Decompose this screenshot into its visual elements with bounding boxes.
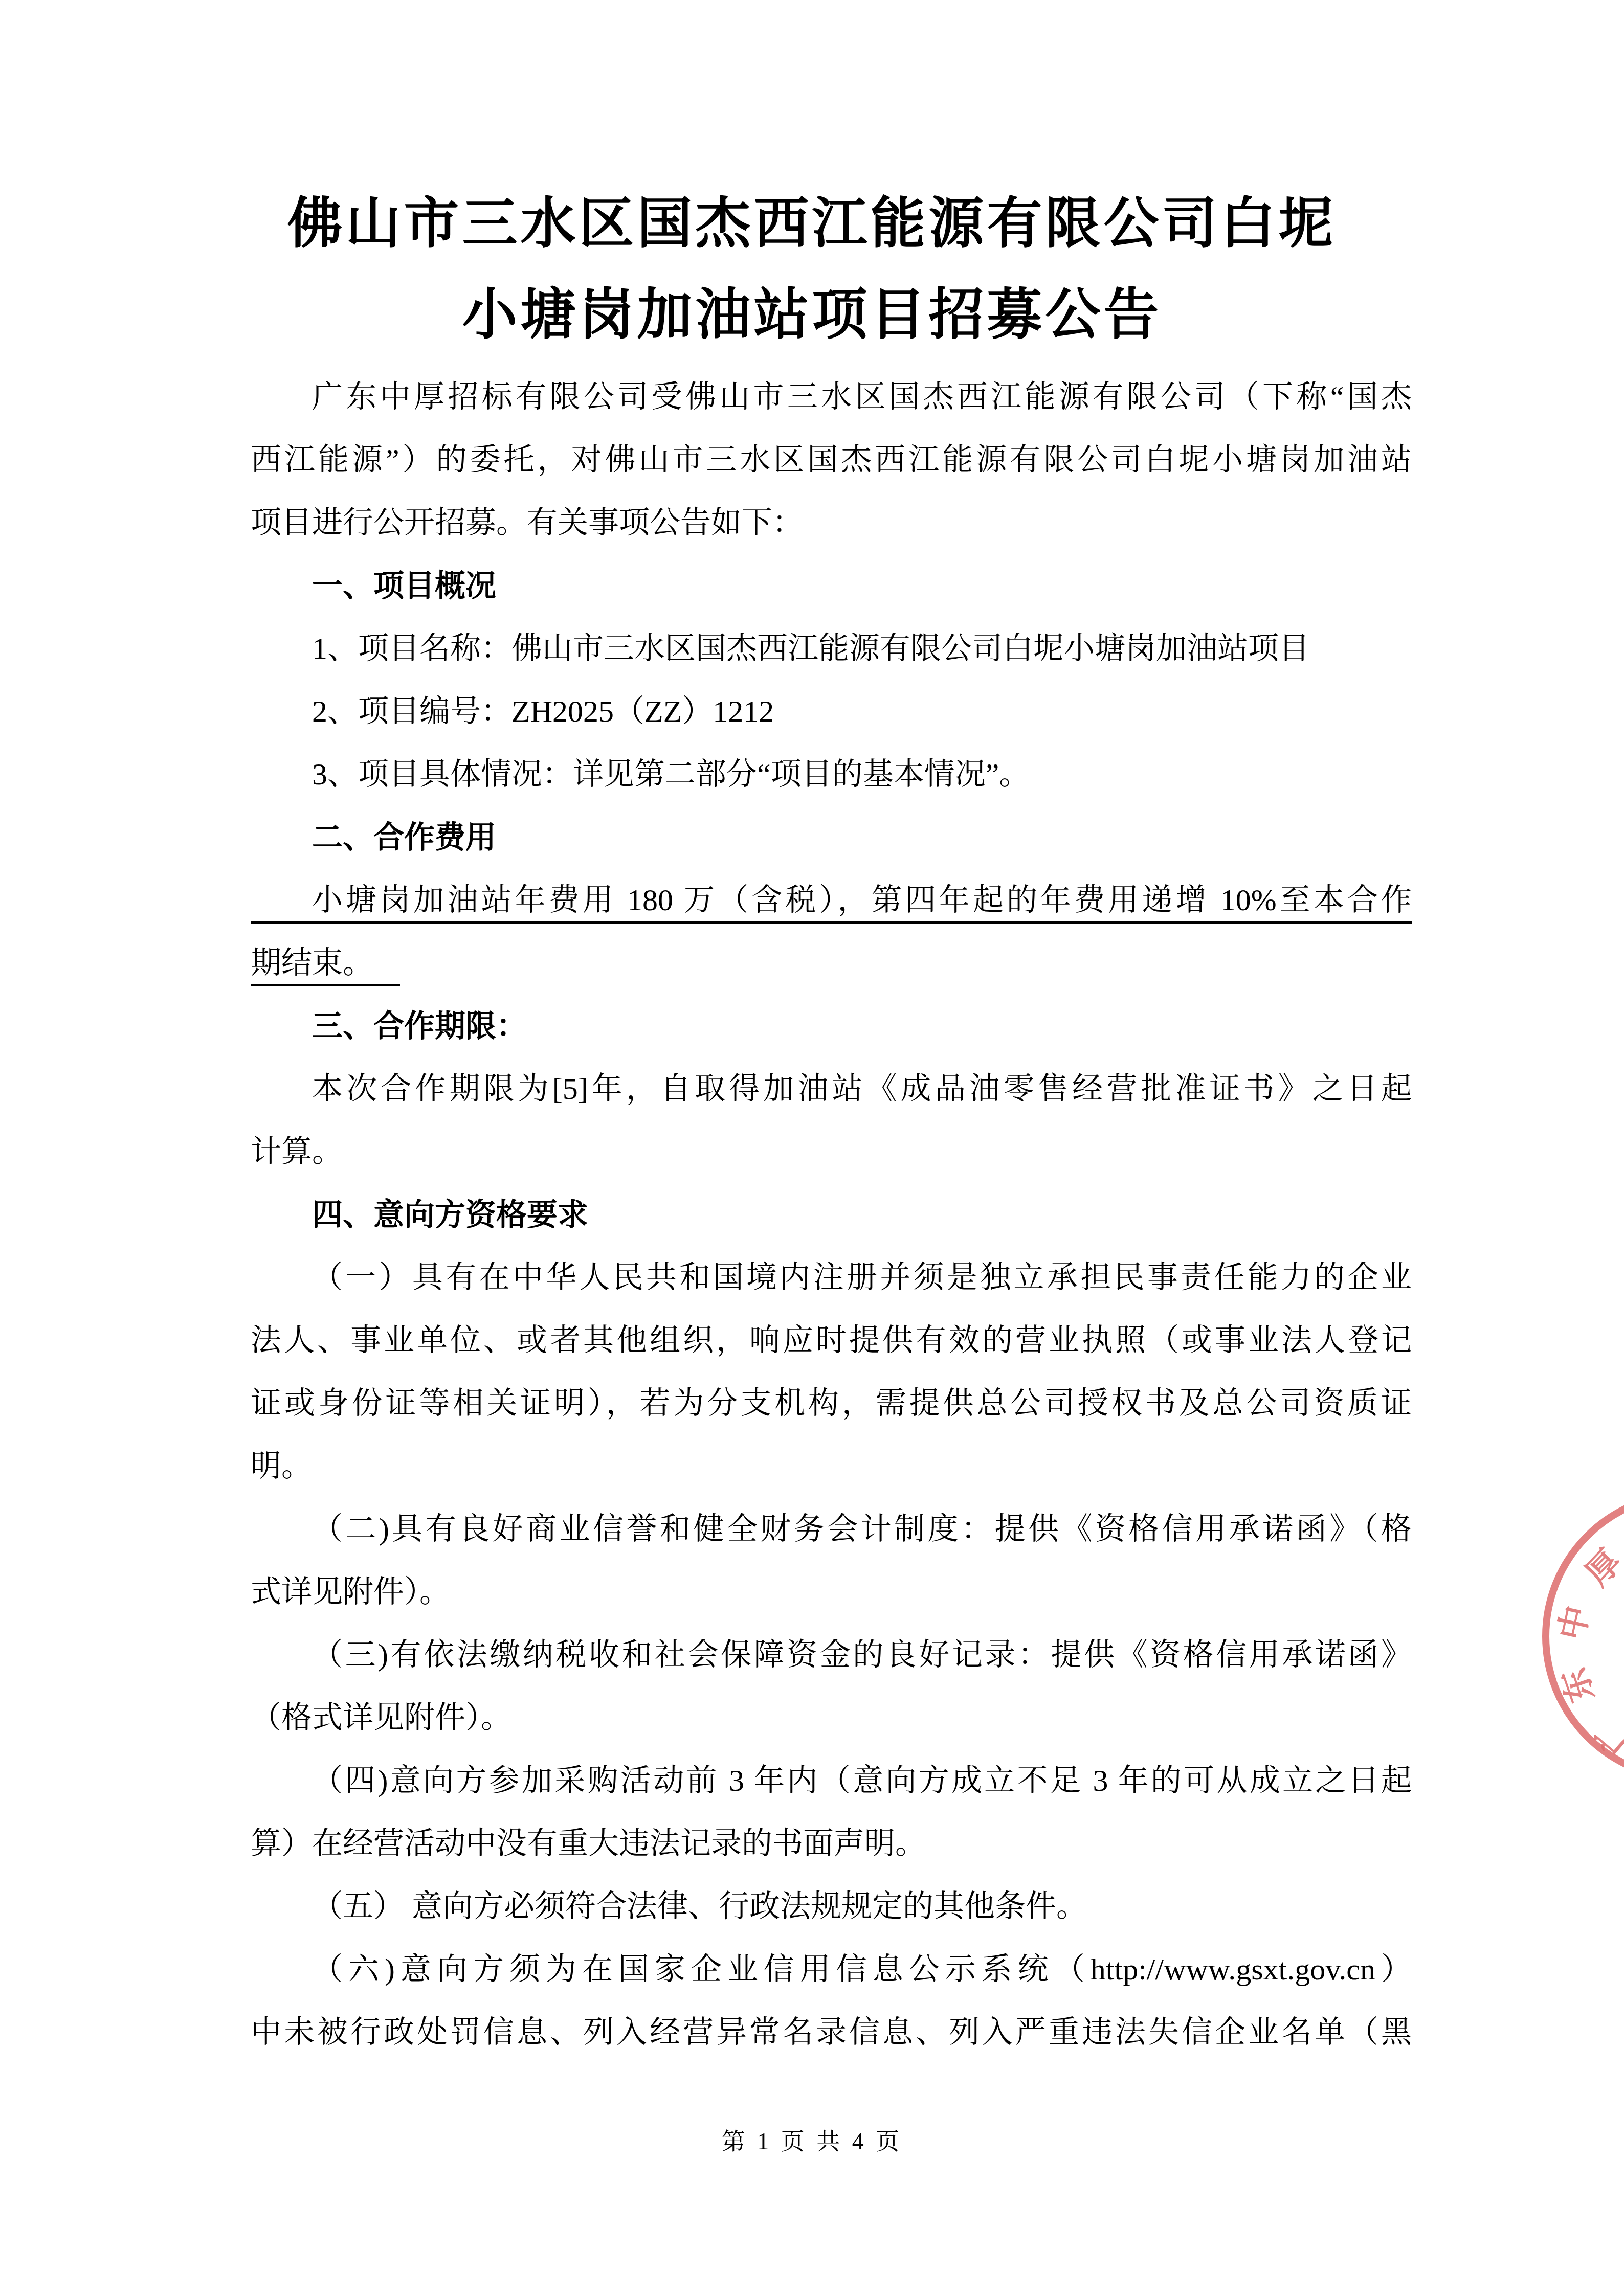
text-line: （六)意向方须为在国家企业信用信息公示系统（http://www.gsxt.go… (251, 1938, 1412, 2001)
paragraph: 本次合作期限为[5]年，自取得加油站《成品油零售经营批准证书》之日起计算。 (251, 1057, 1412, 1183)
text-line: 法人、事业单位、或者其他组织，响应时提供有效的营业执照（或事业法人登记 (251, 1309, 1412, 1372)
text-line: 3、项目具体情况：详见第二部分“项目的基本情况”。 (251, 743, 1412, 806)
text-line: 项目进行公开招募。有关事项公告如下： (251, 491, 1412, 554)
section-heading: 三、合作期限： (251, 995, 1412, 1057)
text-line: 计算。 (251, 1120, 1412, 1183)
paragraph: 小塘岗加油站年费用 180 万（含税），第四年起的年费用递增 10%至本合作期结… (251, 869, 1412, 995)
paragraph: （四)意向方参加采购活动前 3 年内（意向方成立不足 3 年的可从成立之日起算）… (251, 1749, 1412, 1875)
text-line: 2、项目编号：ZH2025（ZZ）1212 (251, 680, 1412, 743)
paragraph: （一）具有在中华人民共和国境内注册并须是独立承担民事责任能力的企业法人、事业单位… (251, 1246, 1412, 1498)
text-line: 西江能源”）的委托，对佛山市三水区国杰西江能源有限公司白坭小塘岗加油站 (251, 429, 1412, 491)
paragraph: （三)有依法缴纳税收和社会保障资金的良好记录：提供《资格信用承诺函》（格式详见附… (251, 1624, 1412, 1749)
stamp-arc-character: 东 (1554, 1663, 1601, 1707)
text-line: 明。 (251, 1435, 1412, 1498)
stamp-arc-character: 广 (1588, 1712, 1624, 1762)
text-line: 小塘岗加油站年费用 180 万（含税），第四年起的年费用递增 10%至本合作 (251, 869, 1412, 932)
paragraph: 2、项目编号：ZH2025（ZZ）1212 (251, 680, 1412, 743)
text-line: 广东中厚招标有限公司受佛山市三水区国杰西江能源有限公司（下称“国杰 (251, 366, 1412, 429)
text-line: （五） 意向方必须符合法律、行政法规规定的其他条件。 (251, 1875, 1412, 1938)
paragraph: （五） 意向方必须符合法律、行政法规规定的其他条件。 (251, 1875, 1412, 1938)
underlined-text: 期结束。 (251, 932, 400, 995)
document-title-line-2: 小塘岗加油站项目招募公告 (0, 270, 1624, 361)
document-page: 佛山市三水区国杰西江能源有限公司白坭 小塘岗加油站项目招募公告 广东中厚招标有限… (0, 0, 1624, 2296)
text-line: 期结束。 (251, 932, 1412, 995)
section-heading: 二、合作费用 (251, 806, 1412, 869)
paragraph: 1、项目名称：佛山市三水区国杰西江能源有限公司白坭小塘岗加油站项目 (251, 617, 1412, 680)
text-line: （四)意向方参加采购活动前 3 年内（意向方成立不足 3 年的可从成立之日起 (251, 1749, 1412, 1812)
paragraph: 3、项目具体情况：详见第二部分“项目的基本情况”。 (251, 743, 1412, 806)
stamp-arc-character: 厚 (1578, 1542, 1624, 1593)
page-footer: 第 1 页 共 4 页 (0, 2121, 1624, 2162)
text-line: 证或身份证等相关证明），若为分支机构，需提供总公司授权书及总公司资质证 (251, 1372, 1412, 1435)
text-line: （一）具有在中华人民共和国境内注册并须是独立承担民事责任能力的企业 (251, 1246, 1412, 1309)
text-line: 四、意向方资格要求 (251, 1183, 1412, 1246)
text-line: 中未被行政处罚信息、列入经营异常名录信息、列入严重违法失信企业名单（黑 (251, 2001, 1412, 2064)
text-line: 1、项目名称：佛山市三水区国杰西江能源有限公司白坭小塘岗加油站项目 (251, 617, 1412, 680)
stamp-circle (1546, 1494, 1624, 1779)
stamp-arc-character: 中 (1552, 1603, 1596, 1644)
text-line: （三)有依法缴纳税收和社会保障资金的良好记录：提供《资格信用承诺函》 (251, 1624, 1412, 1686)
document-title-line-1: 佛山市三水区国杰西江能源有限公司白坭 (0, 179, 1624, 270)
text-line: （二)具有良好商业信誉和健全财务会计制度：提供《资格信用承诺函》（格 (251, 1498, 1412, 1561)
text-line: 式详见附件）。 (251, 1561, 1412, 1624)
document-body: 广东中厚招标有限公司受佛山市三水区国杰西江能源有限公司（下称“国杰西江能源”）的… (251, 366, 1412, 2064)
text-line: 本次合作期限为[5]年，自取得加油站《成品油零售经营批准证书》之日起 (251, 1057, 1412, 1120)
paragraph: 广东中厚招标有限公司受佛山市三水区国杰西江能源有限公司（下称“国杰西江能源”）的… (251, 366, 1412, 554)
text-line: 算）在经营活动中没有重大违法记录的书面声明。 (251, 1812, 1412, 1875)
text-line: （格式详见附件）。 (251, 1686, 1412, 1749)
paragraph: （六)意向方须为在国家企业信用信息公示系统（http://www.gsxt.go… (251, 1938, 1412, 2064)
text-line: 三、合作期限： (251, 995, 1412, 1057)
text-line: 一、项目概况 (251, 554, 1412, 617)
document-title: 佛山市三水区国杰西江能源有限公司白坭 小塘岗加油站项目招募公告 (0, 179, 1624, 361)
section-heading: 一、项目概况 (251, 554, 1412, 617)
text-line: 二、合作费用 (251, 806, 1412, 869)
paragraph: （二)具有良好商业信誉和健全财务会计制度：提供《资格信用承诺函》（格式详见附件）… (251, 1498, 1412, 1624)
section-heading: 四、意向方资格要求 (251, 1183, 1412, 1246)
